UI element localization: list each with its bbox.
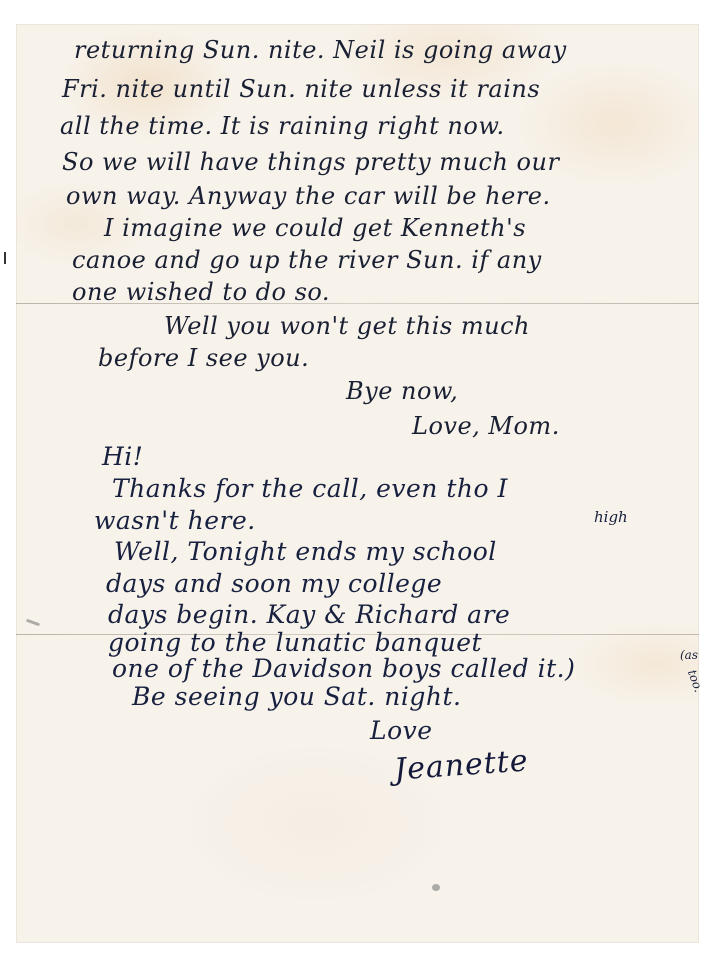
letter-page: returning Sun. nite. Neil is going away … (16, 24, 699, 943)
letter-line: Be seeing you Sat. night. (132, 684, 461, 709)
signature: Jeanette (393, 743, 530, 787)
letter-line: one of the Davidson boys called it.) (112, 656, 575, 681)
letter-line: one wished to do so. (72, 280, 330, 304)
edge-mark (4, 252, 6, 264)
letter-line: days and soon my college (106, 571, 442, 596)
letter-line: Well you won't get this much (164, 314, 530, 338)
margin-note: (as (680, 648, 698, 662)
letter-line: days begin. Kay & Richard are (108, 602, 510, 627)
letter-line: canoe and go up the river Sun. if any (72, 248, 542, 272)
inserted-word: high (594, 508, 628, 526)
letter-line: wasn't here. (94, 508, 256, 533)
closing-text: Bye now, (346, 379, 458, 403)
greeting-text: Hi! (102, 444, 143, 469)
closing-text: Love (370, 718, 433, 743)
letter-line: own way. Anyway the car will be here. (66, 184, 551, 208)
letter-line: before I see you. (98, 346, 309, 370)
letter-line: all the time. It is raining right now. (60, 114, 505, 138)
letter-line: going to the lunatic banquet (108, 630, 482, 655)
letter-line: returning Sun. nite. Neil is going away (74, 38, 567, 62)
letter-line: Well, Tonight ends my school (114, 539, 497, 564)
letter-line: Thanks for the call, even tho I (112, 476, 508, 501)
letter-line: I imagine we could get Kenneth's (104, 216, 526, 240)
margin-note: too. (685, 668, 706, 694)
letter-line: Fri. nite until Sun. nite unless it rain… (62, 77, 540, 101)
signoff-text: Love, Mom. (412, 414, 560, 438)
paper-speck (26, 619, 40, 627)
letter-line: So we will have things pretty much our (62, 150, 559, 174)
paper-speck (432, 884, 440, 891)
